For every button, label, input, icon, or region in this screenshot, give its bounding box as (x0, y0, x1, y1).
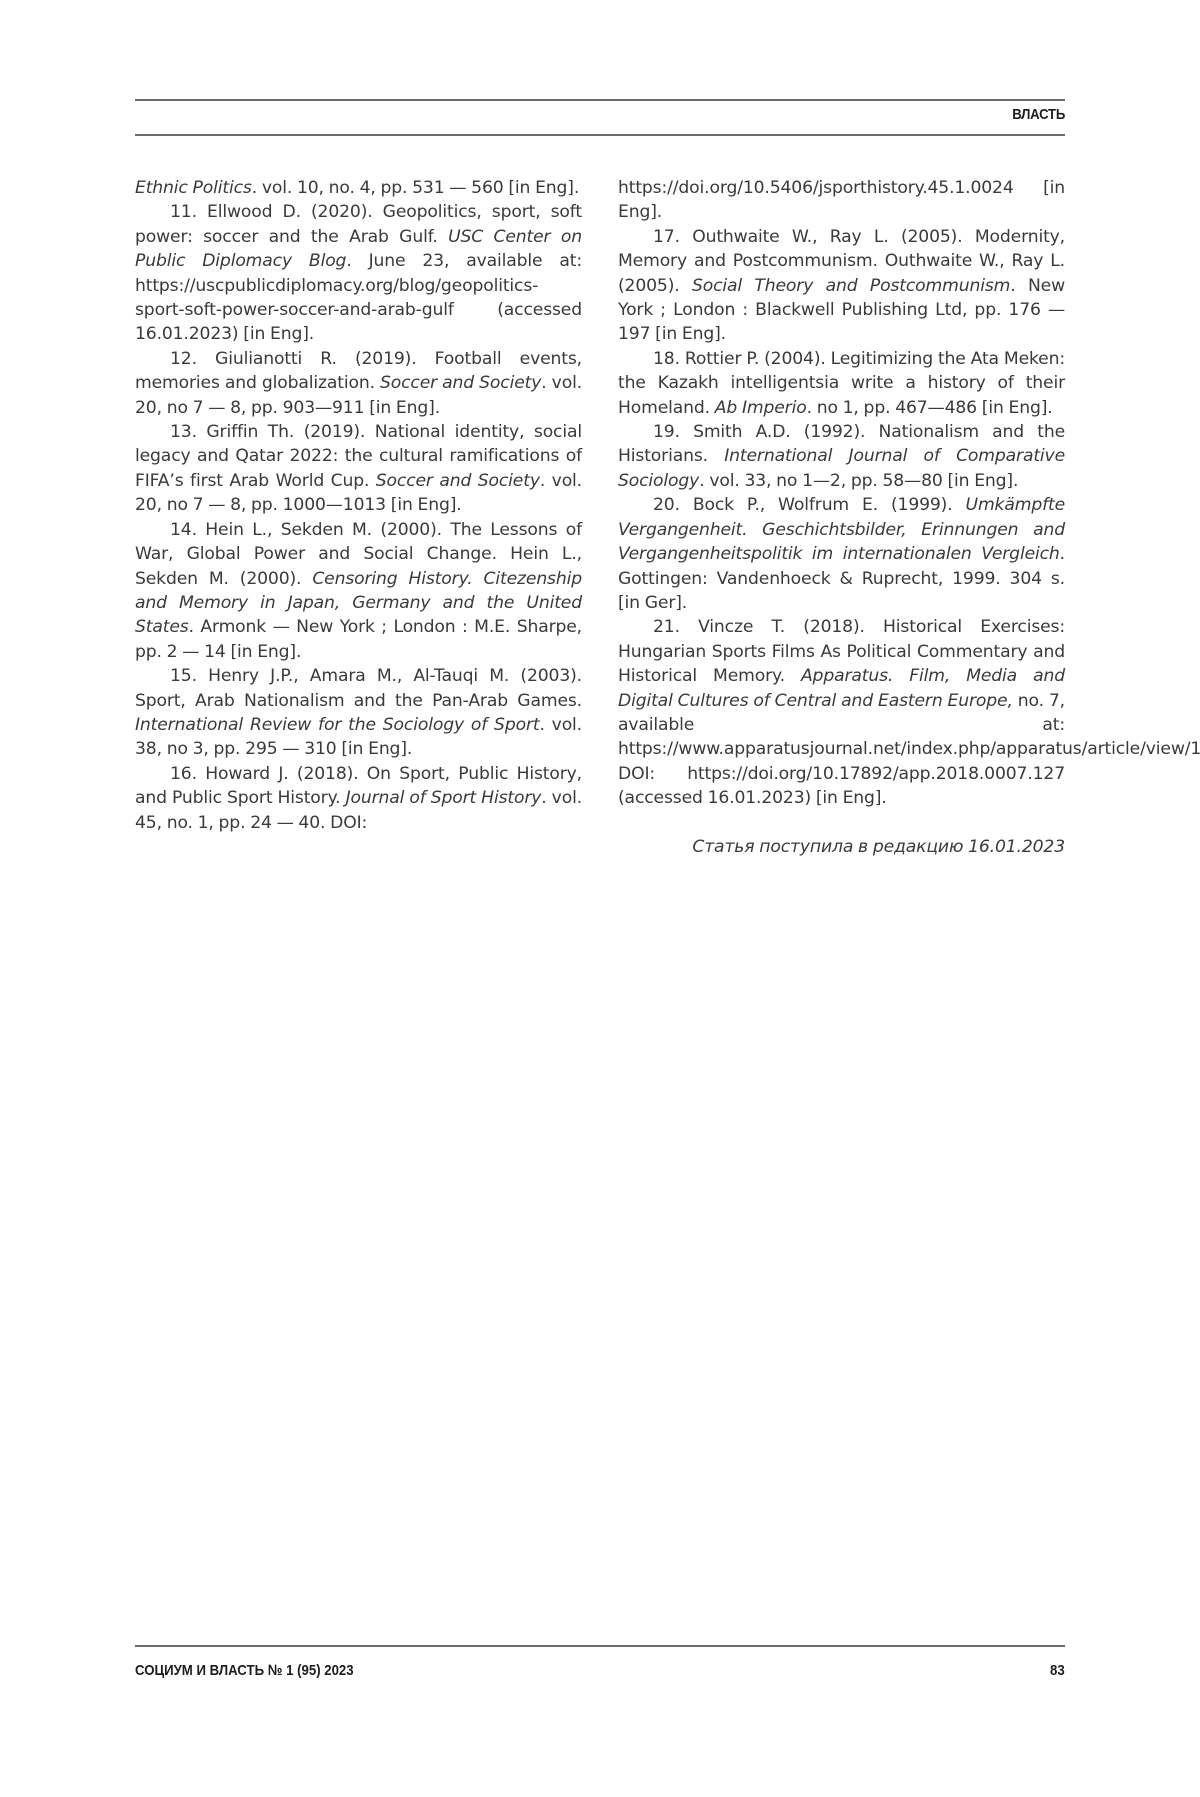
reference-entry: 12. Giulianotti R. (2019). Football even… (135, 347, 582, 420)
reference-entry: 20. Bock P., Wolfrum E. (1999). Umkämpft… (618, 493, 1065, 615)
reference-text: . vol. 33, no 1—2, pp. 58—80 [in Eng]. (699, 471, 1018, 491)
footer-journal-title: СОЦИУМ И ВЛАСТЬ № 1 (95) 2023 (135, 1662, 354, 1679)
footer-rule (135, 1645, 1065, 1647)
received-date-note: Статья поступила в редакцию 16.01.2023 (618, 835, 1065, 859)
reference-entry: 15. Henry J.P., Amara M., Al-Tauqi M. (2… (135, 664, 582, 762)
reference-text: . no 1, pp. 467—486 [in Eng]. (807, 398, 1053, 418)
reference-entry: 14. Hein L., Sekden M. (2000). The Lesso… (135, 518, 582, 664)
reference-entry: 13. Griffin Th. (2019). National identit… (135, 420, 582, 518)
reference-source-title: Social Theory and Postcommunism (692, 276, 1010, 296)
reference-source-title: Soccer and Society (376, 471, 540, 491)
reference-text: . vol. 10, no. 4, pp. 531 — 560 [in Eng]… (252, 178, 579, 198)
reference-source-title: Journal of Sport History (346, 788, 542, 808)
reference-entry: 21. Vincze T. (2018). Historical Exercis… (618, 615, 1065, 810)
reference-source-title: Ethnic Politics (135, 178, 252, 198)
reference-source-title: Ab Imperio (715, 398, 807, 418)
reference-entry: 18. Rottier P. (2004). Legitimizing the … (618, 347, 1065, 420)
reference-entry: 19. Smith A.D. (1992). Nationalism and t… (618, 420, 1065, 493)
reference-text: https://doi.org/10.5406/jsporthistory.45… (618, 178, 1065, 222)
reference-text: . Armonk — New York ; London : M.E. Shar… (135, 617, 582, 661)
references-right-column: https://doi.org/10.5406/jsporthistory.45… (618, 176, 1065, 859)
reference-source-title: Soccer and Society (380, 373, 541, 393)
reference-continuation: Ethnic Politics. vol. 10, no. 4, pp. 531… (135, 176, 582, 200)
page-number: 83 (1050, 1662, 1065, 1679)
reference-continuation: https://doi.org/10.5406/jsporthistory.45… (618, 176, 1065, 225)
reference-entry: 16. Howard J. (2018). On Sport, Public H… (135, 762, 582, 835)
reference-entry: 11. Ellwood D. (2020). Geopolitics, spor… (135, 200, 582, 346)
header-rule-bottom (135, 134, 1065, 136)
running-header-section: ВЛАСТЬ (1012, 106, 1065, 123)
header-rule-top (135, 99, 1065, 101)
reference-entry: 17. Outhwaite W., Ray L. (2005). Moderni… (618, 225, 1065, 347)
reference-source-title: International Review for the Sociology o… (135, 715, 539, 735)
reference-text: 20. Bock P., Wolfrum E. (1999). (653, 495, 966, 515)
reference-text: 15. Henry J.P., Amara M., Al-Tauqi M. (2… (135, 666, 582, 710)
references-left-column: Ethnic Politics. vol. 10, no. 4, pp. 531… (135, 176, 582, 835)
